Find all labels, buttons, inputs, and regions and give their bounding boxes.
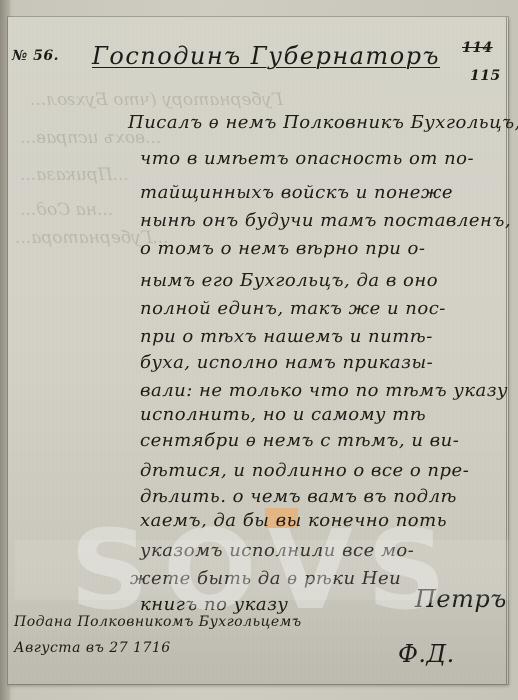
bleedthrough-text: ...на Сод... [20,200,113,220]
body-line: нынѣ онъ будучи тамъ поставленъ, [140,210,511,231]
body-line: при о тѣхъ нашемъ и питѣ- [140,326,433,347]
body-line: о томъ о немъ вѣрно при о- [140,238,425,259]
body-line: сентябри ѳ немъ с тѣмъ, и ви- [140,430,459,451]
folio-number-new: 115 [470,68,501,84]
body-line: тайщинныхъ войскъ и понеже [140,182,453,203]
body-line: полной единъ, такъ же и пос- [140,298,446,319]
body-line: дѣлить. о чемъ вамъ въ подлѣ [140,486,457,507]
body-line: буха, исполно намъ приказы- [140,352,433,373]
body-line: Писалъ ѳ немъ Полковникъ Бухгольцъ, [128,112,518,133]
receipt-note-line-1: Подана Полковникомъ Бухгольцемъ [14,614,302,630]
item-number: № 56. [12,48,59,64]
bleedthrough-text: ...Приказа... [20,165,129,185]
body-line: дѣтися, и подлинно о все о пре- [140,460,469,481]
body-line: книгъ по указу [140,594,288,615]
receipt-note-line-2: Августа въ 27 1716 [14,640,171,656]
salutation-title: Господинъ Губернаторъ [92,42,440,70]
body-line: жете быть да ѳ рѣки Неи [130,568,401,589]
body-line: вали: не только что по тѣмъ указу [140,380,508,401]
bleedthrough-text: Губернатору (что Бухгол... [30,90,283,110]
body-line: хаемъ, да бы вы конечно поть [140,510,447,531]
signature-petr: Петръ [415,585,507,613]
body-line: нымъ его Бухгольцъ, да в оно [140,270,438,291]
body-line: исполнить, но и самому тѣ [140,404,426,425]
signature-monogram: Ф.Д. [398,640,455,668]
body-line: что в имѣетъ опасность от по- [140,148,474,169]
folio-number-old: 114 [462,40,493,56]
body-line: указомъ исполнили все мо- [140,540,414,561]
